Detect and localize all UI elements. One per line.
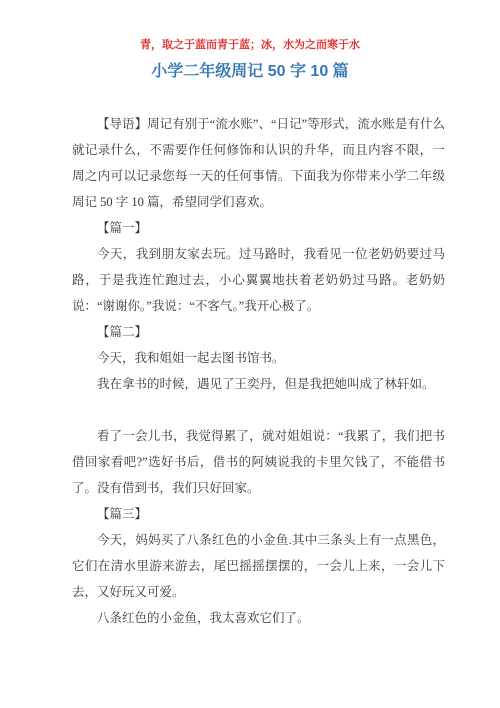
section-2-paragraph-2: 我在拿书的时候，遇见了王奕丹，但是我把她叫成了林轩如。 xyxy=(72,371,445,397)
section-1-paragraph-1: 今天，我到朋友家去玩。过马路时，我看见一位老奶奶要过马路，于是我连忙跑过去，小心… xyxy=(72,241,445,319)
document-page: 青，取之于蓝而青于蓝；冰，水为之而寒于水 小学二年级周记 50 字 10 篇 【… xyxy=(0,0,500,708)
page-title: 小学二年级周记 50 字 10 篇 xyxy=(0,58,500,81)
section-2-paragraph-3: 看了一会儿书，我觉得累了，就对姐姐说：“我累了，我们把书借回家看吧?”选好书后，… xyxy=(72,423,445,501)
intro-paragraph: 【导语】周记有别于“流水账”、“日记”等形式，流水账是有什么就记录什么，不需要作… xyxy=(72,111,445,215)
section-heading-3: 【篇三】 xyxy=(72,501,445,527)
section-2-paragraph-1: 今天，我和姐姐一起去图书馆书。 xyxy=(72,345,445,371)
section-heading-1: 【篇一】 xyxy=(72,215,445,241)
document-body: 【导语】周记有别于“流水账”、“日记”等形式，流水账是有什么就记录什么，不需要作… xyxy=(72,111,445,631)
section-2-blank-line xyxy=(72,397,445,423)
section-heading-2: 【篇二】 xyxy=(72,319,445,345)
document-motto: 青，取之于蓝而青于蓝；冰，水为之而寒于水 xyxy=(0,36,500,52)
section-3-paragraph-1: 今天，妈妈买了八条红色的小金鱼.其中三条头上有一点黑色，它们在清水里游来游去，尾… xyxy=(72,527,445,605)
section-3-paragraph-2: 八条红色的小金鱼，我太喜欢它们了。 xyxy=(72,605,445,631)
